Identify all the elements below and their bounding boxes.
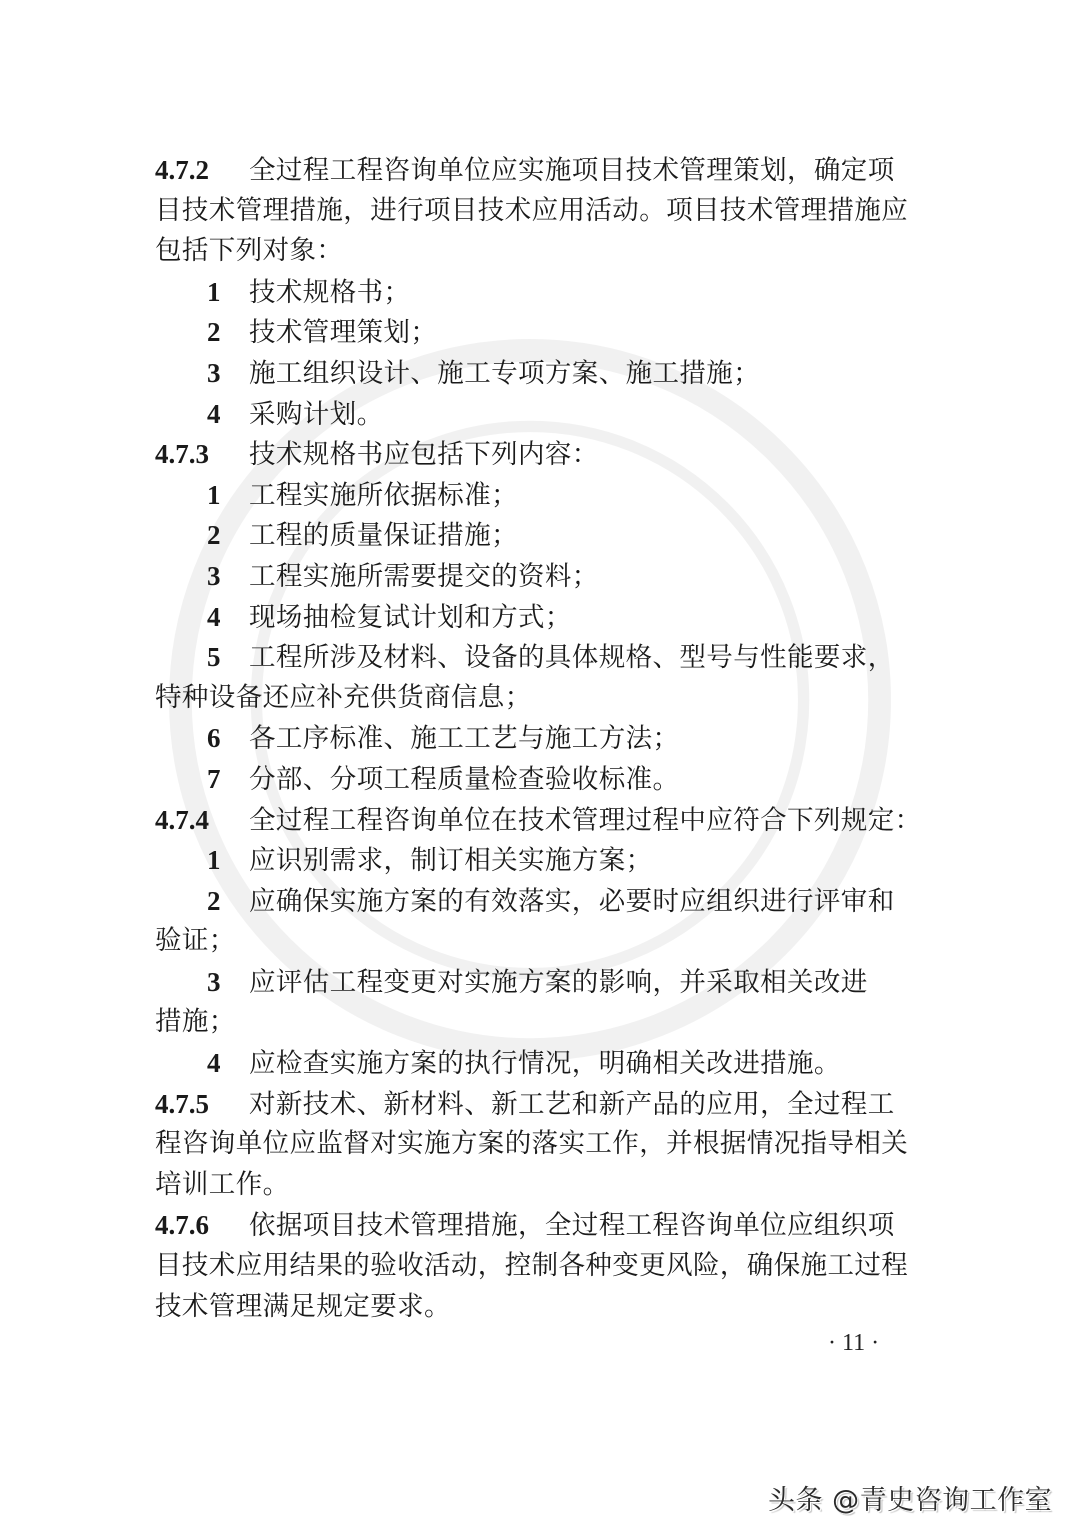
clause-number: 4.7.6: [155, 1205, 249, 1246]
item-number: 4: [207, 1043, 249, 1084]
clause-line: 4.7.2全过程工程咨询单位应实施项目技术管理策划，确定项: [155, 150, 911, 191]
item-number: 2: [207, 881, 249, 922]
clause-line: 包括下列对象：: [155, 231, 911, 272]
clause-number: 4.7.3: [155, 434, 249, 475]
list-item: 4现场抽检复试计划和方式；: [155, 597, 911, 638]
item-number: 7: [207, 759, 249, 800]
list-item: 7分部、分项工程质量检查验收标准。: [155, 759, 911, 800]
item-text: 分部、分项工程质量检查验收标准。: [249, 764, 679, 795]
item-text: 工程实施所依据标准；: [249, 480, 518, 511]
item-text: 应确保实施方案的有效落实，必要时应组织进行评审和: [249, 886, 895, 917]
item-text: 工程的质量保证措施；: [249, 520, 518, 551]
item-text: 应检查实施方案的执行情况，明确相关改进措施。: [249, 1048, 841, 1079]
clause-line: 目技术管理措施，进行项目技术应用活动。项目技术管理措施应: [155, 191, 911, 232]
document-body: 4.7.2全过程工程咨询单位应实施项目技术管理策划，确定项 目技术管理措施，进行…: [155, 150, 911, 1327]
clause-line: 4.7.6依据项目技术管理措施，全过程工程咨询单位应组织项: [155, 1205, 911, 1246]
page-number: · 11 ·: [828, 1330, 879, 1357]
list-item: 2应确保实施方案的有效落实，必要时应组织进行评审和: [155, 881, 911, 922]
item-number: 3: [207, 556, 249, 597]
item-text: 现场抽检复试计划和方式；: [249, 602, 572, 633]
clause-text: 对新技术、新材料、新工艺和新产品的应用，全过程工: [249, 1089, 895, 1120]
item-number: 1: [207, 475, 249, 516]
item-number: 1: [207, 272, 249, 313]
source-watermark: 头条 @青史咨询工作室: [768, 1478, 1052, 1517]
list-item: 3应评估工程变更对实施方案的影响，并采取相关改进: [155, 962, 911, 1003]
item-text: 工程实施所需要提交的资料；: [249, 561, 599, 592]
list-item: 6各工序标准、施工工艺与施工方法；: [155, 718, 911, 759]
list-item: 4采购计划。: [155, 394, 911, 435]
list-item: 1应识别需求，制订相关实施方案；: [155, 840, 911, 881]
item-number: 6: [207, 718, 249, 759]
clause-text: 全过程工程咨询单位应实施项目技术管理策划，确定项: [249, 155, 895, 186]
clause-text: 全过程工程咨询单位在技术管理过程中应符合下列规定：: [249, 805, 922, 836]
list-item: 2工程的质量保证措施；: [155, 515, 911, 556]
item-text: 技术管理策划；: [249, 317, 437, 348]
list-item: 5工程所涉及材料、设备的具体规格、型号与性能要求，: [155, 637, 911, 678]
item-number: 1: [207, 840, 249, 881]
clause-number: 4.7.5: [155, 1084, 249, 1125]
item-text: 各工序标准、施工工艺与施工方法；: [249, 723, 679, 754]
clause-4-7-6: 4.7.6依据项目技术管理措施，全过程工程咨询单位应组织项 目技术应用结果的验收…: [155, 1205, 911, 1327]
item-number: 3: [207, 962, 249, 1003]
list-item: 2技术管理策划；: [155, 312, 911, 353]
list-item: 3工程实施所需要提交的资料；: [155, 556, 911, 597]
clause-text: 依据项目技术管理措施，全过程工程咨询单位应组织项: [249, 1210, 895, 1241]
clause-line: 4.7.4全过程工程咨询单位在技术管理过程中应符合下列规定：: [155, 800, 911, 841]
item-text: 技术规格书；: [249, 277, 410, 308]
item-number: 5: [207, 637, 249, 678]
list-item-continuation: 特种设备还应补充供货商信息；: [155, 678, 911, 719]
clause-line: 技术管理满足规定要求。: [155, 1287, 911, 1328]
document-page: 4.7.2全过程工程咨询单位应实施项目技术管理策划，确定项 目技术管理措施，进行…: [0, 0, 1080, 1530]
clause-line: 目技术应用结果的验收活动，控制各种变更风险，确保施工过程: [155, 1246, 911, 1287]
clause-text: 技术规格书应包括下列内容：: [249, 439, 599, 470]
list-item: 1技术规格书；: [155, 272, 911, 313]
item-number: 2: [207, 515, 249, 556]
list-item: 4应检查实施方案的执行情况，明确相关改进措施。: [155, 1043, 911, 1084]
clause-line: 4.7.5对新技术、新材料、新工艺和新产品的应用，全过程工: [155, 1084, 911, 1125]
clause-line: 4.7.3技术规格书应包括下列内容：: [155, 434, 911, 475]
clause-4-7-3: 4.7.3技术规格书应包括下列内容： 1工程实施所依据标准； 2工程的质量保证措…: [155, 434, 911, 799]
list-item: 1工程实施所依据标准；: [155, 475, 911, 516]
item-text: 采购计划。: [249, 399, 384, 430]
item-number: 2: [207, 312, 249, 353]
clause-line: 培训工作。: [155, 1165, 911, 1206]
list-item-continuation: 措施；: [155, 1002, 911, 1043]
list-item: 3施工组织设计、施工专项方案、施工措施；: [155, 353, 911, 394]
clause-line: 程咨询单位应监督对实施方案的落实工作，并根据情况指导相关: [155, 1124, 911, 1165]
clause-4-7-5: 4.7.5对新技术、新材料、新工艺和新产品的应用，全过程工 程咨询单位应监督对实…: [155, 1084, 911, 1206]
clause-number: 4.7.4: [155, 800, 249, 841]
item-text: 工程所涉及材料、设备的具体规格、型号与性能要求，: [249, 642, 895, 673]
item-number: 3: [207, 353, 249, 394]
item-text: 应识别需求，制订相关实施方案；: [249, 845, 653, 876]
clause-4-7-4: 4.7.4全过程工程咨询单位在技术管理过程中应符合下列规定： 1应识别需求，制订…: [155, 800, 911, 1084]
list-item-continuation: 验证；: [155, 921, 911, 962]
clause-number: 4.7.2: [155, 150, 249, 191]
item-number: 4: [207, 597, 249, 638]
item-text: 应评估工程变更对实施方案的影响，并采取相关改进: [249, 967, 868, 998]
clause-4-7-2: 4.7.2全过程工程咨询单位应实施项目技术管理策划，确定项 目技术管理措施，进行…: [155, 150, 911, 434]
item-number: 4: [207, 394, 249, 435]
item-text: 施工组织设计、施工专项方案、施工措施；: [249, 358, 760, 389]
